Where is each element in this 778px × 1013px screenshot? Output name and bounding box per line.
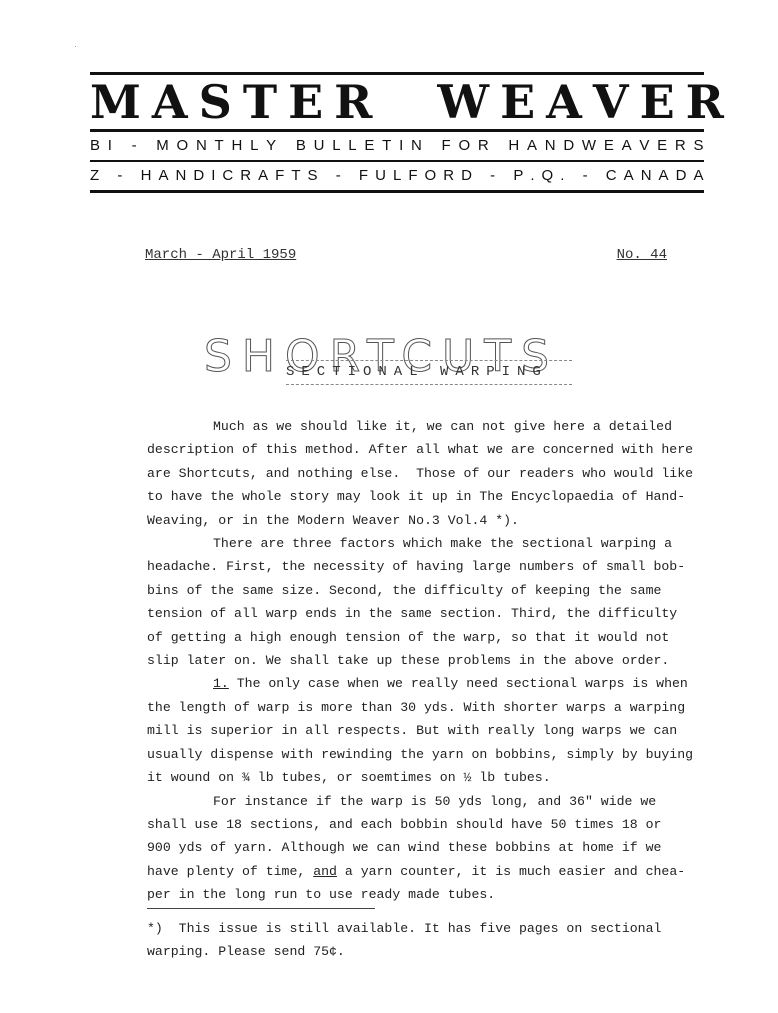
masthead-publisher-letter: N — [175, 166, 186, 186]
masthead-title-letter: R — [686, 77, 735, 129]
body-line: headache. First, the necessity of having… — [147, 555, 747, 578]
masthead-title-letter: T — [243, 77, 288, 129]
footnote-line: warping. Please send 75¢. — [147, 940, 747, 963]
masthead-subtitle-letter: O — [458, 136, 470, 156]
masthead-subtitle-letter: V — [639, 136, 649, 156]
masthead-title-letter: V — [593, 77, 640, 129]
masthead-publisher-letter: I — [211, 166, 215, 186]
masthead-title: MASTER WEAVER — [90, 77, 704, 129]
masthead-publisher-letter: R — [240, 166, 251, 186]
masthead-subtitle-letter — [284, 136, 288, 156]
masthead-subtitle-letter — [120, 136, 124, 156]
masthead-subtitle-letter: A — [622, 136, 632, 156]
body-line: shall use 18 sections, and each bobbin s… — [147, 813, 747, 836]
masthead-subtitle-letter: U — [314, 136, 325, 156]
issue-number: No. 44 — [617, 247, 667, 263]
masthead-title-letter — [383, 77, 410, 129]
footnote-line: *) This issue is still available. It has… — [147, 917, 747, 940]
body-line: have plenty of time, and a yarn counter,… — [147, 860, 747, 883]
body-line: Much as we should like it, we can not gi… — [147, 415, 747, 438]
masthead-rule-2 — [90, 160, 704, 162]
masthead-title-letter: A — [546, 77, 593, 129]
masthead-publisher-letter: F — [275, 166, 284, 186]
masthead-publisher: Z - HANDICRAFTS - FULFORD - P.Q. - CANAD… — [90, 164, 704, 188]
masthead-subtitle-letter: S — [694, 136, 704, 156]
masthead-publisher-letter: D — [193, 166, 204, 186]
masthead-publisher-letter: U — [375, 166, 386, 186]
issue-date: March - April 1959 — [145, 247, 296, 263]
masthead-title-letter: W — [437, 77, 500, 129]
body-line: to have the whole story may look it up i… — [147, 485, 747, 508]
section-subtitle: SECTIONAL WARPING — [286, 361, 572, 384]
masthead-publisher-letter: . — [530, 166, 534, 186]
masthead-title-letter: S — [199, 77, 243, 129]
masthead-subtitle-letter: Y — [266, 136, 276, 156]
masthead-subtitle-letter: E — [657, 136, 667, 156]
body-line: it wound on ¾ lb tubes, or soemtimes on … — [147, 766, 747, 789]
masthead-subtitle-letter: B — [296, 136, 306, 156]
body-line: are Shortcuts, and nothing else. Those o… — [147, 462, 747, 485]
masthead-publisher-letter: - — [117, 166, 122, 186]
masthead-publisher-letter — [106, 166, 110, 186]
masthead-subtitle-letter: H — [508, 136, 519, 156]
masthead-subtitle-letter — [144, 136, 148, 156]
masthead-publisher-letter — [129, 166, 133, 186]
masthead-subtitle: BI - MONTHLY BULLETIN FOR HANDWEAVERS — [90, 134, 704, 158]
masthead-bottom-rule — [90, 190, 704, 193]
masthead-publisher-letter — [479, 166, 483, 186]
masthead-publisher-letter: A — [624, 166, 634, 186]
masthead-title-letter: E — [288, 77, 334, 129]
body-line: description of this method. After all wh… — [147, 438, 747, 461]
body-line: mill is superior in all respects. But wi… — [147, 719, 747, 742]
body-line: 900 yds of yarn. Although we can wind th… — [147, 836, 747, 859]
masthead-title-letter: A — [152, 77, 199, 129]
masthead-subtitle-letter: B — [90, 136, 100, 156]
masthead-publisher-letter: S — [308, 166, 318, 186]
masthead-subtitle-letter: - — [132, 136, 137, 156]
masthead-publisher-letter: D — [676, 166, 687, 186]
body-line: per in the long run to use ready made tu… — [147, 883, 747, 906]
masthead-publisher-letter: D — [461, 166, 472, 186]
masthead-publisher-letter: . — [560, 166, 564, 186]
masthead-subtitle-letter: R — [478, 136, 489, 156]
masthead-publisher-letter — [595, 166, 599, 186]
section-subtitle-block: SECTIONAL WARPING — [286, 360, 572, 385]
masthead-publisher-letter — [348, 166, 352, 186]
body-line: For instance if the warp is 50 yds long,… — [147, 790, 747, 813]
body-line: bins of the same size. Second, the diffi… — [147, 579, 747, 602]
masthead-subtitle-letter: L — [332, 136, 340, 156]
body-line: slip later on. We shall take up these pr… — [147, 649, 747, 672]
masthead-publisher-letter: P — [513, 166, 523, 186]
masthead-subtitle-letter: H — [231, 136, 242, 156]
masthead-subtitle-letter: N — [411, 136, 422, 156]
footnote: *) This issue is still available. It has… — [147, 917, 747, 964]
masthead-subtitle-letter: T — [215, 136, 224, 156]
body-line: of getting a high enough tension of the … — [147, 626, 747, 649]
masthead-subtitle-letter: T — [382, 136, 391, 156]
masthead-publisher-letter: O — [425, 166, 437, 186]
masthead-publisher-letter: F — [359, 166, 368, 186]
masthead-subtitle-letter: I — [108, 136, 112, 156]
masthead: MASTER WEAVER BI - MONTHLY BULLETIN FOR … — [90, 72, 704, 193]
masthead-subtitle-letter: R — [675, 136, 686, 156]
masthead-subtitle-letter: D — [563, 136, 574, 156]
masthead-subtitle-letter: I — [399, 136, 403, 156]
body-line: the length of warp is more than 30 yds. … — [147, 696, 747, 719]
masthead-publisher-letter: - — [490, 166, 495, 186]
masthead-publisher-letter: H — [141, 166, 152, 186]
masthead-title-letter: M — [90, 77, 152, 129]
masthead-publisher-letter: A — [659, 166, 669, 186]
body-line: tension of all warp ends in the same sec… — [147, 602, 747, 625]
masthead-publisher-letter: L — [393, 166, 401, 186]
masthead-subtitle-letter: W — [582, 136, 596, 156]
masthead-publisher-letter: Q — [542, 166, 554, 186]
article-body: Much as we should like it, we can not gi… — [147, 415, 747, 907]
masthead-title-letter: E — [500, 77, 546, 129]
masthead-subtitle-letter: A — [527, 136, 537, 156]
body-line: Weaving, or in the Modern Weaver No.3 Vo… — [147, 509, 747, 532]
masthead-rule-1 — [90, 129, 704, 132]
masthead-publisher-letter: A — [693, 166, 703, 186]
masthead-subtitle-letter: N — [196, 136, 207, 156]
masthead-publisher-letter: - — [583, 166, 588, 186]
masthead-publisher-letter: C — [606, 166, 617, 186]
masthead-subtitle-letter: L — [250, 136, 258, 156]
body-line: 1. The only case when we really need sec… — [147, 672, 747, 695]
masthead-publisher-letter: C — [222, 166, 233, 186]
footnote-rule — [147, 908, 375, 909]
masthead-publisher-letter — [571, 166, 575, 186]
body-line: There are three factors which make the s… — [147, 532, 747, 555]
masthead-subtitle-letter: F — [442, 136, 451, 156]
masthead-subtitle-letter: E — [604, 136, 614, 156]
masthead-subtitle-letter: N — [545, 136, 556, 156]
masthead-publisher-letter: N — [641, 166, 652, 186]
masthead-title-letter — [410, 77, 437, 129]
masthead-publisher-letter: - — [336, 166, 341, 186]
masthead-publisher-letter: F — [408, 166, 417, 186]
scan-speck — [75, 46, 76, 47]
subtitle-bottom-rule — [286, 384, 572, 385]
masthead-title-letter: E — [640, 77, 686, 129]
masthead-subtitle-letter: M — [156, 136, 169, 156]
masthead-publisher-letter: Z — [90, 166, 99, 186]
masthead-publisher-letter — [502, 166, 506, 186]
body-line: usually dispense with rewinding the yarn… — [147, 743, 747, 766]
masthead-publisher-letter: A — [158, 166, 168, 186]
masthead-publisher-letter: R — [443, 166, 454, 186]
masthead-subtitle-letter — [430, 136, 434, 156]
masthead-publisher-letter — [325, 166, 329, 186]
masthead-title-letter: R — [334, 77, 383, 129]
masthead-subtitle-letter: E — [364, 136, 374, 156]
masthead-subtitle-letter: O — [177, 136, 189, 156]
masthead-publisher-letter: A — [258, 166, 268, 186]
masthead-subtitle-letter — [496, 136, 500, 156]
masthead-publisher-letter: T — [291, 166, 300, 186]
masthead-subtitle-letter: L — [348, 136, 356, 156]
